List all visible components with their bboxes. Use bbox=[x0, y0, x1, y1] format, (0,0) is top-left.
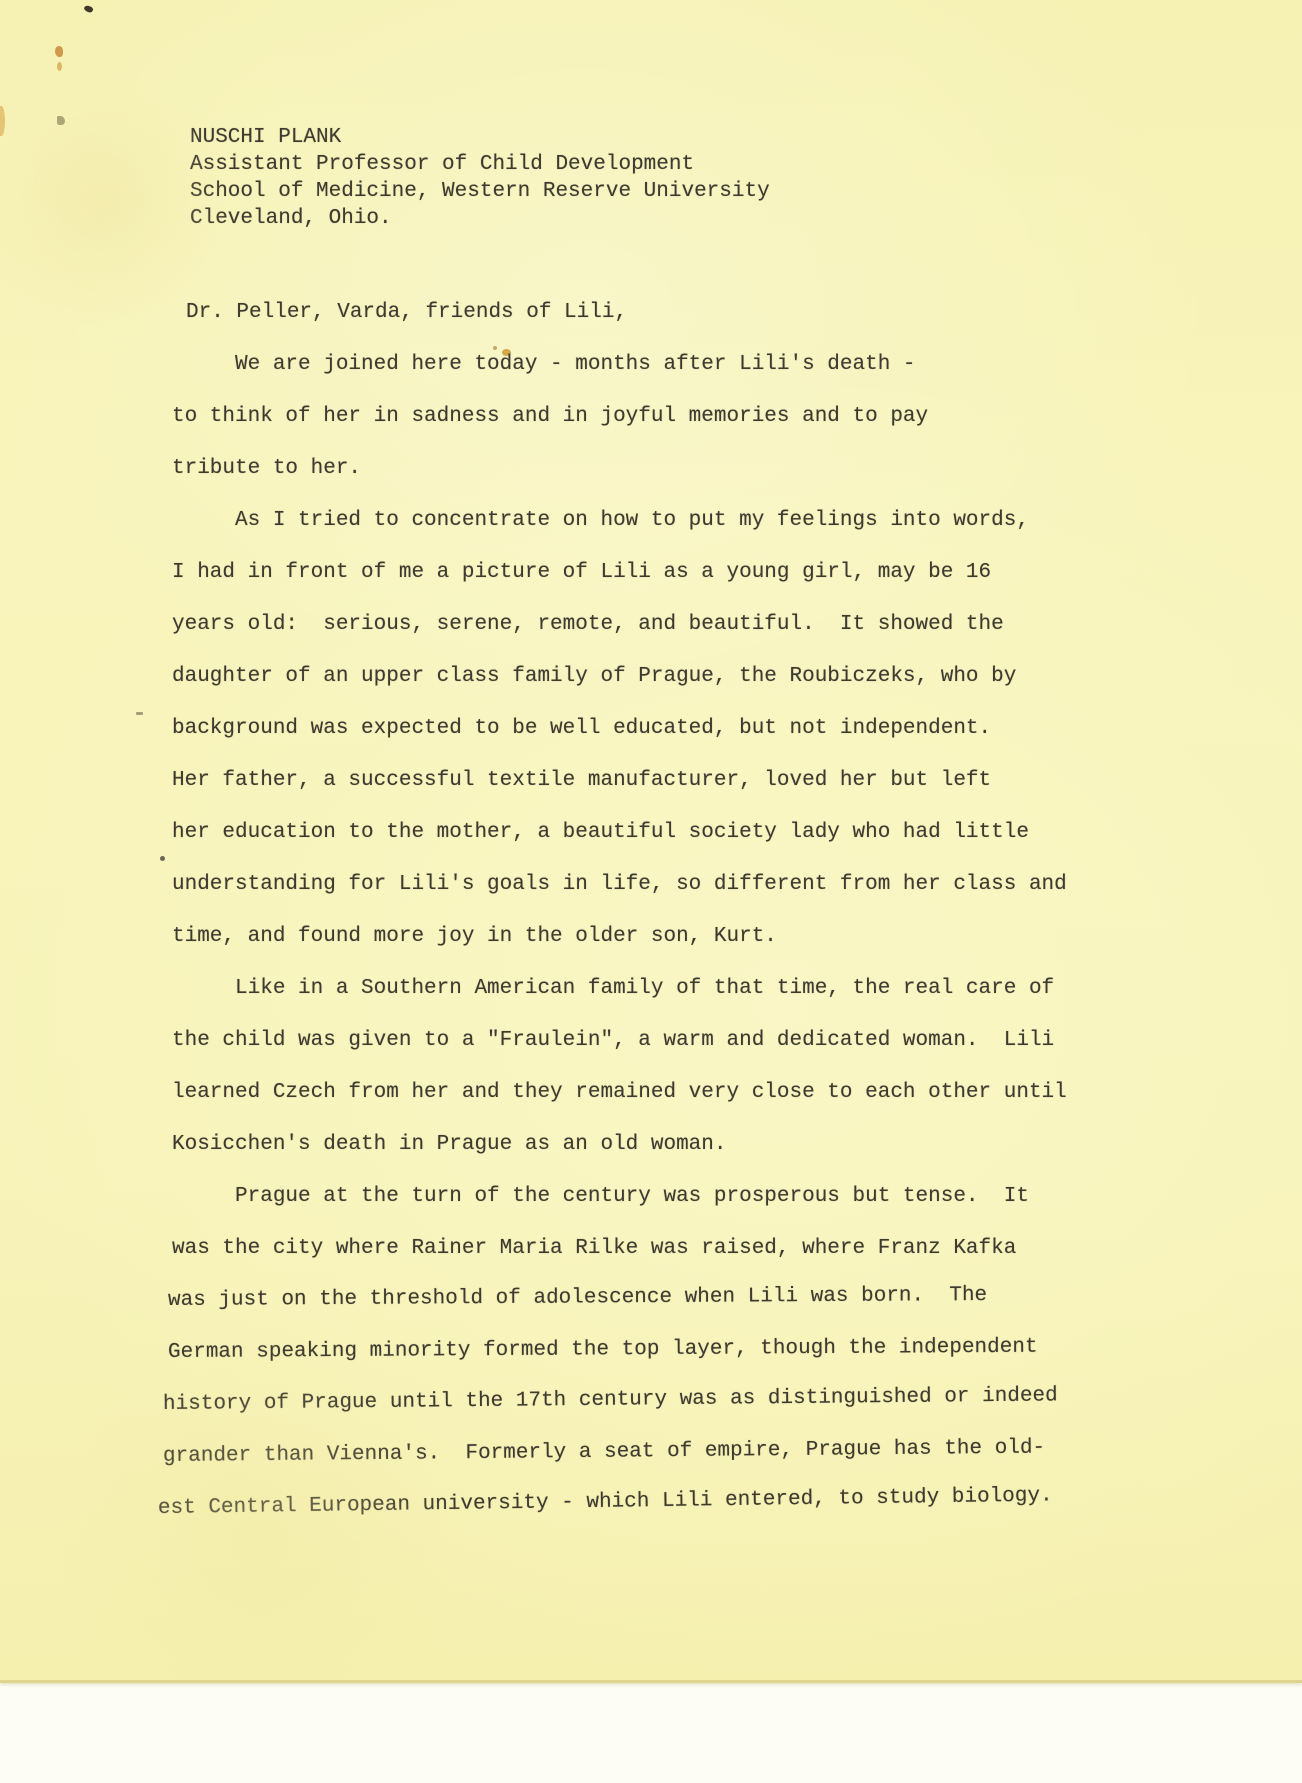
body-line: Prague at the turn of the century was pr… bbox=[172, 1171, 1232, 1223]
author-location-line: Cleveland, Ohio. bbox=[190, 205, 770, 232]
author-name-line: NUSCHI PLANK bbox=[190, 124, 770, 151]
scanned-page: NUSCHI PLANK Assistant Professor of Chil… bbox=[0, 0, 1302, 1783]
body-line: Her father, a successful textile manufac… bbox=[172, 755, 1232, 807]
body-line: learned Czech from her and they remained… bbox=[172, 1067, 1232, 1119]
paper-sheet: NUSCHI PLANK Assistant Professor of Chil… bbox=[0, 0, 1302, 1683]
paper-stain bbox=[57, 62, 62, 71]
body-line: Like in a Southern American family of th… bbox=[172, 963, 1232, 1015]
author-block: NUSCHI PLANK Assistant Professor of Chil… bbox=[190, 124, 770, 232]
body-line: was the city where Rainer Maria Rilke wa… bbox=[172, 1223, 1232, 1275]
body-line: was just on the threshold of adolescence… bbox=[168, 1269, 1232, 1327]
body-line: We are joined here today - months after … bbox=[172, 339, 1232, 391]
ink-speck bbox=[136, 712, 143, 715]
body-line: her education to the mother, a beautiful… bbox=[172, 807, 1232, 859]
body-line: tribute to her. bbox=[172, 443, 1232, 495]
body-line: time, and found more joy in the older so… bbox=[172, 911, 1232, 963]
ink-speck bbox=[160, 856, 165, 861]
salutation-line: Dr. Peller, Varda, friends of Lili, bbox=[186, 287, 1232, 339]
paper-stain bbox=[0, 106, 5, 136]
body-line: I had in front of me a picture of Lili a… bbox=[172, 547, 1232, 599]
paper-speck bbox=[57, 116, 65, 125]
body-line: background was expected to be well educa… bbox=[172, 703, 1232, 755]
body-line: to think of her in sadness and in joyful… bbox=[172, 391, 1232, 443]
ink-speck bbox=[83, 4, 94, 13]
letter-body: Dr. Peller, Varda, friends of Lili, We a… bbox=[172, 287, 1232, 1535]
body-line: Kosicchen's death in Prague as an old wo… bbox=[172, 1119, 1232, 1171]
body-line: the child was given to a "Fraulein", a w… bbox=[172, 1015, 1232, 1067]
author-affiliation-line: School of Medicine, Western Reserve Univ… bbox=[190, 178, 770, 205]
body-line: As I tried to concentrate on how to put … bbox=[172, 495, 1232, 547]
author-title-line: Assistant Professor of Child Development bbox=[190, 151, 770, 178]
body-line: years old: serious, serene, remote, and … bbox=[172, 599, 1232, 651]
paper-stain bbox=[55, 46, 63, 57]
body-line: daughter of an upper class family of Pra… bbox=[172, 651, 1232, 703]
body-line: understanding for Lili's goals in life, … bbox=[172, 859, 1232, 911]
